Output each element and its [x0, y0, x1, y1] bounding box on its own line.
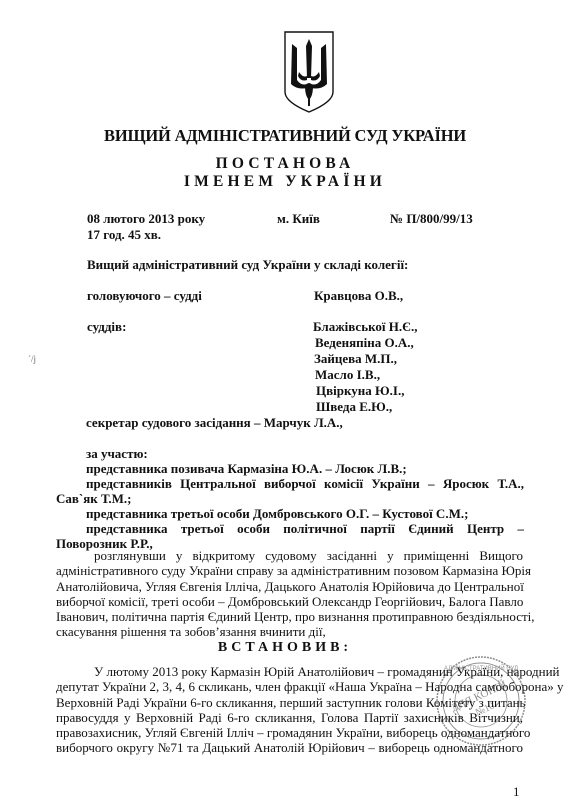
- decision-city: м. Київ: [277, 211, 320, 227]
- decision-time: 17 год. 45 хв.: [87, 227, 161, 243]
- participant-line: представників Центральної виборчої коміс…: [86, 476, 524, 492]
- participant-line: Сав`як Т.М.;: [56, 491, 131, 507]
- paragraph-line: скасування рішення та зобов’язання вчини…: [56, 624, 523, 639]
- judge-name: Веденяпіна О.А.,: [315, 335, 414, 351]
- judge-name: Зайцева М.П.,: [314, 351, 397, 367]
- page-number: 1: [513, 784, 520, 800]
- participant-line: представника третьої особи Домбровського…: [86, 506, 468, 522]
- judge-name: Масло І.В.,: [315, 367, 380, 383]
- document-subtitle: ІМЕНЕМ УКРАЇНИ: [0, 173, 570, 191]
- paragraph-line: Іванович, політична партія Єдиний Центр,…: [56, 609, 523, 624]
- margin-mark: ´/j: [28, 354, 36, 364]
- panel-intro: Вищий адміністративний суд України у скл…: [87, 257, 408, 273]
- case-number: № П/800/99/13: [390, 211, 473, 227]
- court-seal-stamp: АДМІНІСТРАТИВНИЙ СУД ДЛЯ КОПІЙ №10: [435, 655, 527, 747]
- paragraph-line: адміністративного суду України справу за…: [56, 563, 523, 578]
- court-secretary: секретар судового засідання – Марчук Л.А…: [86, 415, 343, 431]
- paragraph-line: розглянувши у відкритому судовому засіда…: [56, 548, 523, 563]
- participants-label: за участю:: [86, 446, 148, 462]
- presiding-judge-name: Кравцова О.В.,: [314, 288, 403, 304]
- judge-name: Блажівської Н.Є.,: [313, 319, 417, 335]
- judges-label: суддів:: [87, 319, 126, 335]
- paragraph-line: виборчої комісії, треті особи – Домбровс…: [56, 594, 523, 609]
- paragraph-line: Анатолійовича, Угляя Євгенія Ілліча, Дац…: [56, 579, 523, 594]
- ukraine-coat-of-arms-icon: [283, 30, 335, 114]
- participant-line: представника позивача Кармазіна Ю.А. – Л…: [86, 461, 407, 477]
- decision-date: 08 лютого 2013 року: [87, 211, 205, 227]
- participant-line: представника третьої особи політичної па…: [86, 521, 524, 537]
- established-heading: ВСТАНОВИВ:: [0, 640, 570, 656]
- svg-text:АДМІНІСТРАТИВНИЙ СУД: АДМІНІСТРАТИВНИЙ СУД: [444, 664, 518, 672]
- judge-name: Шведа Е.Ю.,: [316, 399, 392, 415]
- presiding-label: головуючого – судді: [87, 288, 202, 304]
- document-type: ПОСТАНОВА: [0, 155, 570, 173]
- judge-name: Цвіркуна Ю.І.,: [316, 383, 404, 399]
- considered-paragraph: розглянувши у відкритому судовому засіда…: [56, 548, 523, 640]
- court-name: ВИЩИЙ АДМІНІСТРАТИВНИЙ СУД УКРАЇНИ: [0, 126, 570, 146]
